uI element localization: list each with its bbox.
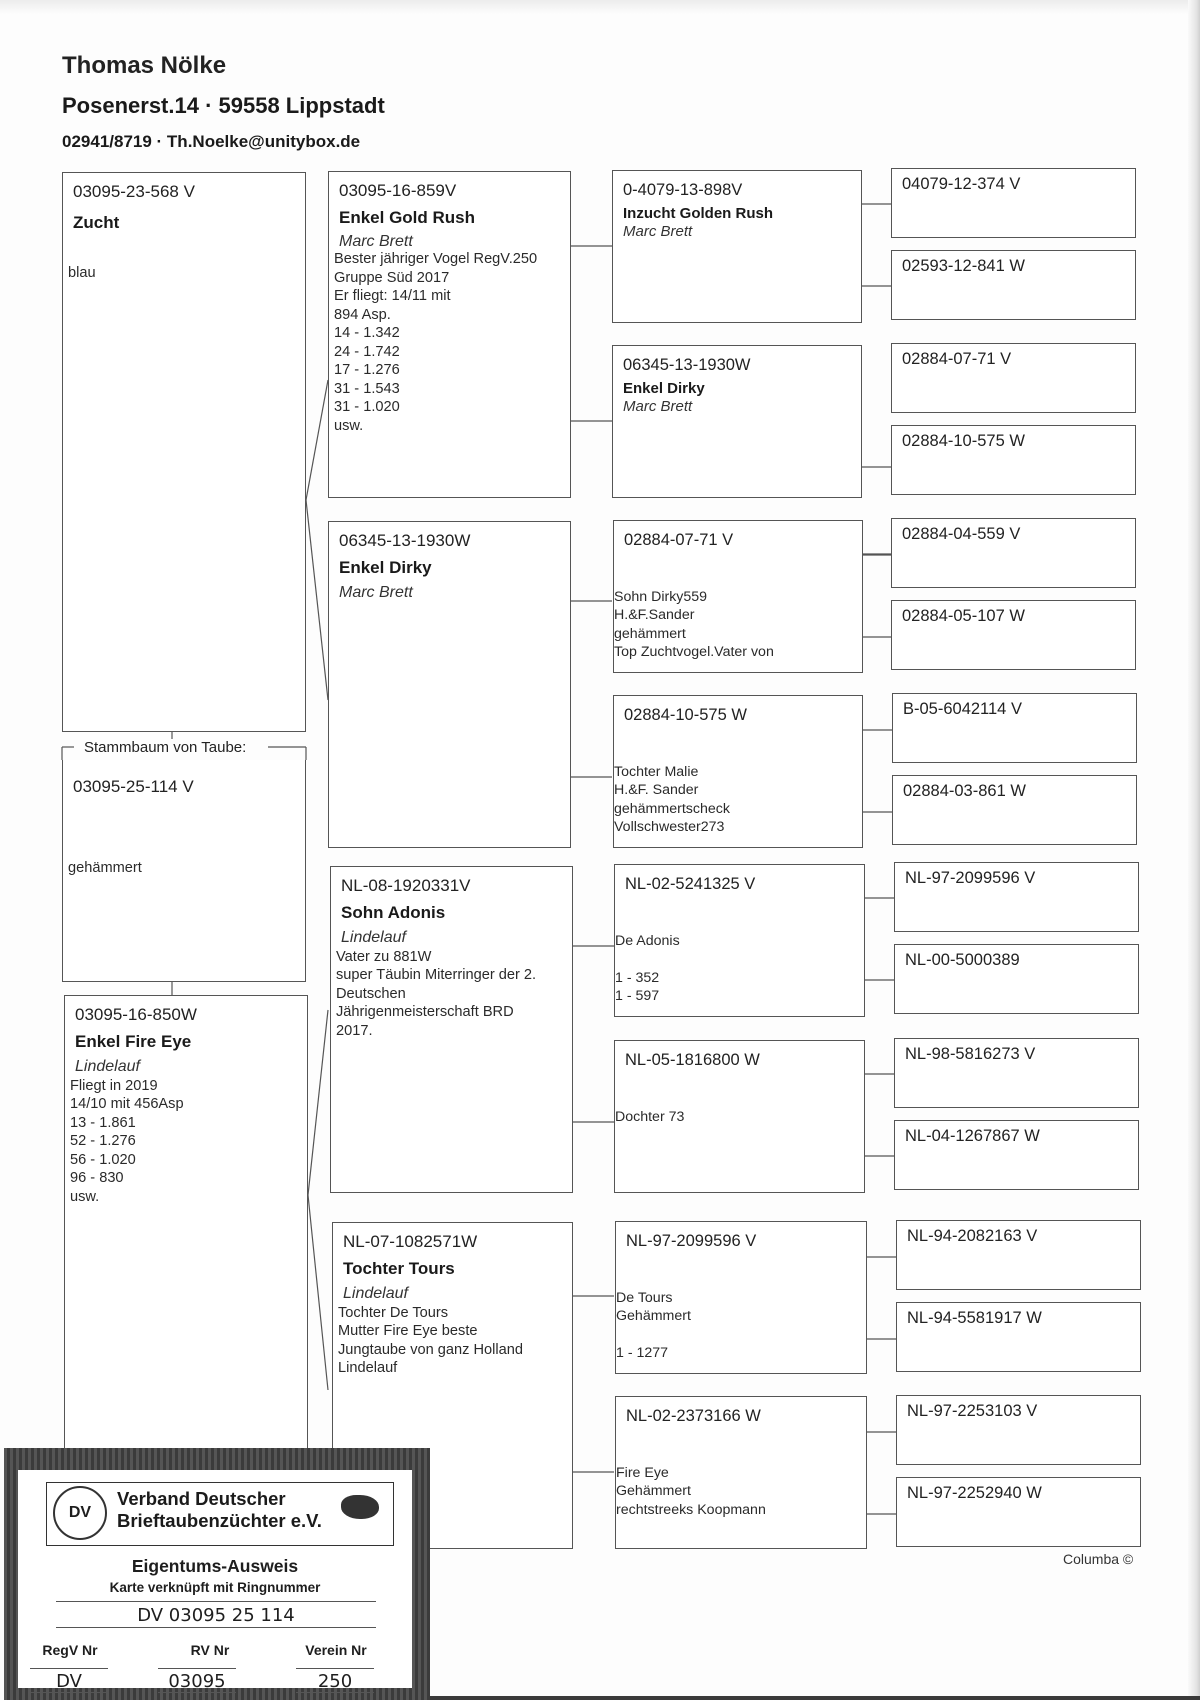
pedigree-gen4-13[interactable]: NL-94-2082163 V <box>896 1220 1141 1290</box>
ring-number: NL-98-5816273 V <box>905 1045 1128 1064</box>
card-heading: Eigentums-Ausweis <box>18 1556 412 1577</box>
ring-number: NL-97-2253103 V <box>907 1402 1130 1421</box>
ring-number: NL-05-1816800 W <box>625 1051 854 1070</box>
pedigree-gen3-4[interactable]: 02884-10-575 W Tochter Malie H.&F. Sande… <box>613 695 863 848</box>
pigeon-notes: Tochter Malie H.&F. Sander gehämmertsche… <box>614 763 852 837</box>
ring-number: NL-00-5000389 <box>905 951 1128 970</box>
breeder-name: Marc Brett <box>623 398 851 417</box>
card-title-box: DV Verband Deutscher Brieftaubenzüchter … <box>46 1482 394 1546</box>
pedigree-gen4-3[interactable]: 02884-07-71 V <box>891 343 1136 413</box>
ring-number: 02593-12-841 W <box>902 257 1125 276</box>
ring-number: NL-97-2252940 W <box>907 1484 1130 1503</box>
pedigree-label: Stammbaum von Taube: <box>78 739 252 756</box>
ring-number: NL-02-5241325 V <box>625 875 854 894</box>
ring-number: NL-94-2082163 V <box>907 1227 1130 1246</box>
pedigree-gen4-12[interactable]: NL-04-1267867 W <box>894 1120 1139 1190</box>
scan-edge <box>430 1696 1200 1700</box>
ring-number: 02884-07-71 V <box>624 531 852 550</box>
ring-number: 0-4079-13-898V <box>623 181 851 200</box>
breeder-name: Lindelauf <box>341 929 562 948</box>
ring-number: NL-02-2373166 W <box>626 1407 856 1426</box>
pedigree-father[interactable]: 03095-23-568 V Zucht blau <box>62 172 306 732</box>
ring-number: 02884-10-575 W <box>902 432 1125 451</box>
card-col-value: 250 <box>296 1668 374 1693</box>
breeder-name: Lindelauf <box>343 1285 562 1304</box>
pigeon-notes: Tochter De Tours Mutter Fire Eye beste J… <box>338 1304 562 1378</box>
ring-number: NL-08-1920331V <box>341 877 562 896</box>
ring-number: 02884-10-575 W <box>624 706 852 725</box>
pedigree-gen3-3[interactable]: 02884-07-71 V Sohn Dirky559 H.&F.Sander … <box>613 520 863 673</box>
pedigree-gen4-11[interactable]: NL-98-5816273 V <box>894 1038 1139 1108</box>
pigeon-notes: De Adonis 1 - 352 1 - 597 <box>615 932 854 1006</box>
ring-number: 06345-13-1930W <box>623 356 851 375</box>
pedigree-gen2-3[interactable]: NL-08-1920331V Sohn Adonis Lindelauf Vat… <box>330 866 573 1193</box>
pedigree-gen3-2[interactable]: 06345-13-1930W Enkel Dirky Marc Brett <box>612 345 862 498</box>
card-col-value: DV <box>30 1668 108 1693</box>
pigeon-notes: Bester jähriger Vogel RegV.250 Gruppe Sü… <box>334 250 560 435</box>
ring-number: 06345-13-1930W <box>339 532 560 551</box>
pigeon-name: Enkel Gold Rush <box>339 209 560 228</box>
pigeon-notes: blau <box>68 264 295 283</box>
ring-number: 03095-16-859V <box>339 182 560 201</box>
footer-brand: Columba © <box>1063 1551 1133 1567</box>
pedigree-gen4-7[interactable]: B-05-6042114 V <box>892 693 1137 763</box>
pedigree-subject[interactable]: 03095-25-114 V gehämmert <box>62 760 306 982</box>
pigeon-notes: Dochter 73 <box>615 1108 854 1127</box>
pedigree-gen2-2[interactable]: 06345-13-1930W Enkel Dirky Marc Brett <box>328 521 571 848</box>
pedigree-gen3-5[interactable]: NL-02-5241325 V De Adonis 1 - 352 1 - 59… <box>614 864 865 1017</box>
pigeon-name: Zucht <box>73 214 295 233</box>
card-col-label: RV Nr <box>170 1642 250 1658</box>
ring-number: 03095-16-850W <box>75 1006 297 1025</box>
ring-number: 02884-03-861 W <box>903 782 1126 801</box>
ring-number: 02884-04-559 V <box>902 525 1125 544</box>
pigeon-notes: gehämmert <box>68 859 295 878</box>
pedigree-gen4-14[interactable]: NL-94-5581917 W <box>896 1302 1141 1372</box>
ownership-card: DV Verband Deutscher Brieftaubenzüchter … <box>4 1448 430 1700</box>
pedigree-mother[interactable]: 03095-16-850W Enkel Fire Eye Lindelauf F… <box>64 995 308 1455</box>
pedigree-gen4-15[interactable]: NL-97-2253103 V <box>896 1395 1141 1465</box>
card-ring-number: DV 03095 25 114 <box>56 1601 376 1628</box>
pigeon-notes: Vater zu 881W super Täubin Miterringer d… <box>336 948 562 1041</box>
breeder-name: Marc Brett <box>339 234 560 250</box>
ring-number: NL-07-1082571W <box>343 1233 562 1252</box>
stamp-icon <box>341 1495 379 1519</box>
pedigree-gen4-5[interactable]: 02884-04-559 V <box>891 518 1136 588</box>
pigeon-notes: Fire Eye Gehämmert rechtstreeks Koopmann <box>616 1464 856 1520</box>
pedigree-gen4-10[interactable]: NL-00-5000389 <box>894 944 1139 1014</box>
pedigree-gen3-6[interactable]: NL-05-1816800 W Dochter 73 <box>614 1040 865 1193</box>
pigeon-name: Sohn Adonis <box>341 904 562 923</box>
ring-number: 02884-05-107 W <box>902 607 1125 626</box>
pigeon-name: Enkel Dirky <box>339 559 560 578</box>
breeder-name: Lindelauf <box>75 1058 297 1077</box>
pedigree-gen2-1[interactable]: 03095-16-859V Enkel Gold Rush Marc Brett… <box>328 171 571 498</box>
pedigree-gen3-8[interactable]: NL-02-2373166 W Fire Eye Gehämmert recht… <box>615 1396 867 1549</box>
pedigree-gen3-1[interactable]: 0-4079-13-898V Inzucht Golden Rush Marc … <box>612 170 862 323</box>
pedigree-gen4-9[interactable]: NL-97-2099596 V <box>894 862 1139 932</box>
ring-number: 04079-12-374 V <box>902 175 1125 194</box>
ring-number: 03095-25-114 V <box>73 778 295 797</box>
card-col-label: RegV Nr <box>30 1642 110 1658</box>
ring-number: B-05-6042114 V <box>903 700 1126 719</box>
dv-logo-icon: DV <box>53 1486 107 1540</box>
card-subheading: Karte verknüpft mit Ringnummer <box>18 1580 412 1595</box>
pedigree-gen4-8[interactable]: 02884-03-861 W <box>892 775 1137 845</box>
pigeon-notes: Fliegt in 2019 14/10 mit 456Asp 13 - 1.8… <box>70 1077 297 1207</box>
ring-number: NL-97-2099596 V <box>905 869 1128 888</box>
pigeon-name: Tochter Tours <box>343 1260 562 1279</box>
ring-number: 03095-23-568 V <box>73 183 295 202</box>
pedigree-gen4-4[interactable]: 02884-10-575 W <box>891 425 1136 495</box>
pedigree-gen3-7[interactable]: NL-97-2099596 V De Tours Gehämmert 1 - 1… <box>615 1221 867 1374</box>
card-org-name: Verband Deutscher Brieftaubenzüchter e.V… <box>117 1488 322 1532</box>
ring-number: NL-04-1267867 W <box>905 1127 1128 1146</box>
pigeon-name: Inzucht Golden Rush <box>623 205 851 224</box>
breeder-name: Marc Brett <box>339 584 560 603</box>
pedigree-gen4-2[interactable]: 02593-12-841 W <box>891 250 1136 320</box>
pigeon-notes: De Tours Gehämmert 1 - 1277 <box>616 1289 856 1363</box>
ring-number: NL-97-2099596 V <box>626 1232 856 1251</box>
pedigree-gen4-16[interactable]: NL-97-2252940 W <box>896 1477 1141 1547</box>
pigeon-notes: Sohn Dirky559 H.&F.Sander gehämmert Top … <box>614 588 852 662</box>
pigeon-name: Enkel Fire Eye <box>75 1033 297 1052</box>
ring-number: 02884-07-71 V <box>902 350 1125 369</box>
pedigree-gen4-6[interactable]: 02884-05-107 W <box>891 600 1136 670</box>
card-col-value: 03095 <box>158 1668 236 1693</box>
pigeon-name: Enkel Dirky <box>623 380 851 399</box>
ring-number: NL-94-5581917 W <box>907 1309 1130 1328</box>
card-col-label: Verein Nr <box>296 1642 376 1658</box>
breeder-name: Marc Brett <box>623 223 851 242</box>
pedigree-gen4-1[interactable]: 04079-12-374 V <box>891 168 1136 238</box>
